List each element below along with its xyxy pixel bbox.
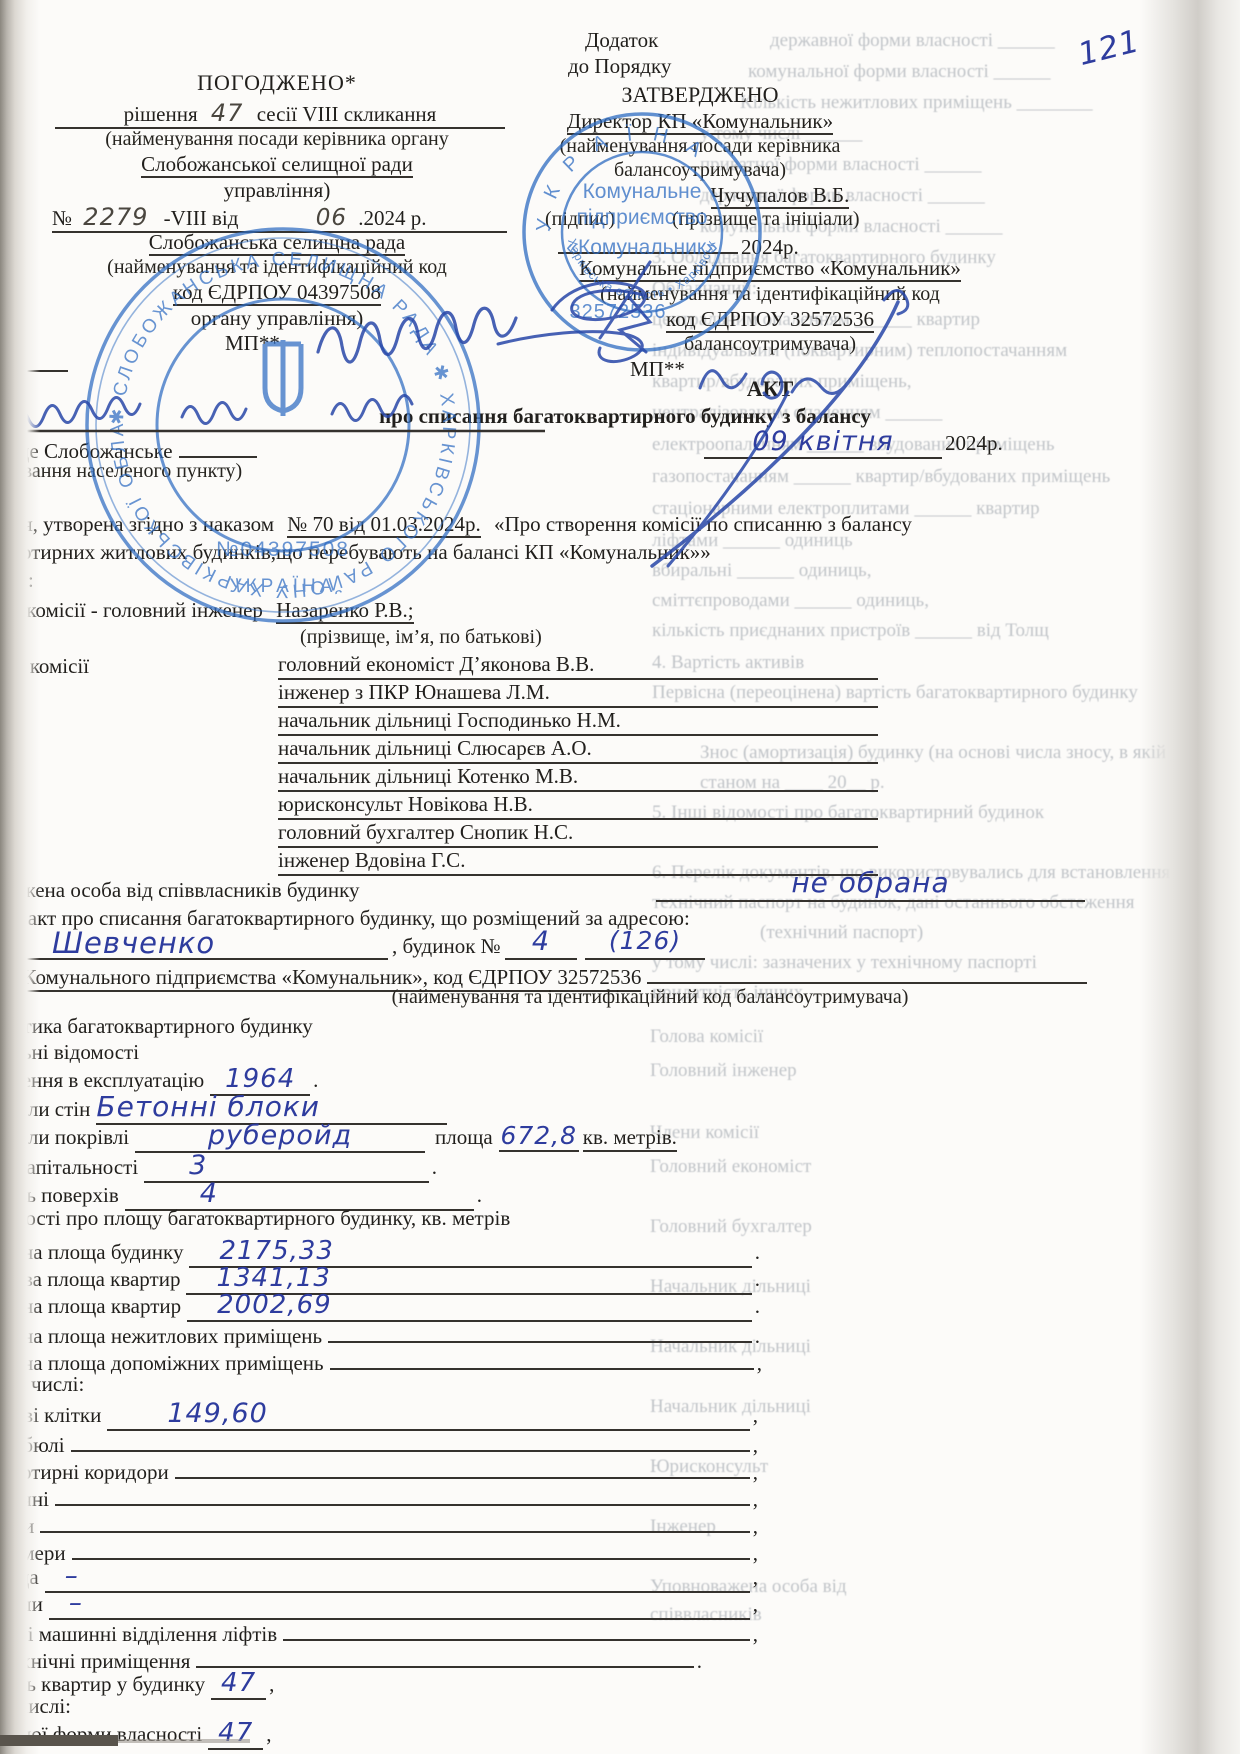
form-blank: 47: [211, 1668, 266, 1700]
director-caption1: (найменування посади керівника: [480, 135, 920, 158]
director-line: Директор КП «Комунальник»: [480, 109, 920, 134]
form-blank: [283, 1615, 750, 1641]
form-handwritten: 47: [218, 1718, 253, 1748]
annex-label: Додаток: [585, 28, 658, 53]
company-code: код ЄДРПОУ 32572536: [520, 307, 1020, 332]
authorized-blank: не обрана: [656, 866, 1085, 902]
commission-head-caption: (прізвище, ім’я, по батькові): [300, 626, 542, 649]
order-number: № 70 від 01.03.2024р.: [287, 512, 480, 538]
form-label: ища: [2, 1565, 39, 1590]
number-label: №: [52, 206, 72, 230]
street-blank: Шевченко: [2, 926, 388, 960]
form-label: дові клітки: [2, 1403, 101, 1428]
form-tail: ,: [753, 1403, 758, 1428]
date-handwritten: 09 квітня: [752, 426, 893, 457]
members-label: ни комісії: [2, 654, 89, 679]
scanned-document-page: державної форми власності ______ комунал…: [0, 0, 1240, 1754]
form-tail: ,: [753, 1565, 758, 1590]
commission-head-label: ва комісії - головний інженер: [2, 598, 263, 622]
decision-pre: рішення: [124, 102, 198, 126]
agreed-title: ПОГОДЖЕНО*: [37, 70, 517, 96]
member-row: начальник дільниці Слюсарєв А.О.: [278, 736, 878, 764]
form-tail: ,: [269, 1672, 274, 1697]
bottom-edge-dark-bar: [0, 1735, 118, 1746]
capital-label: а капітальності: [2, 1155, 138, 1180]
month-handwritten: 06: [316, 205, 347, 231]
form-tail: .: [697, 1649, 702, 1674]
roof-blank: руберойд: [135, 1120, 425, 1153]
council-name2-text: Слобожанська селищна рада: [149, 230, 406, 256]
form-handwritten: 47: [221, 1668, 256, 1698]
form-handwritten: 1341,13: [216, 1263, 331, 1293]
document-content: 121 Додаток до Порядку ЗАТВЕРДЖЕНО Дирек…: [0, 0, 1240, 1754]
house-blank: 4: [505, 926, 577, 960]
roof-handwritten: руберойд: [208, 1120, 352, 1151]
form-handwritten: 2002,69: [217, 1290, 332, 1320]
balance-blank: [647, 958, 1087, 984]
walls-label: ріали стін: [2, 1097, 90, 1122]
member-row: юрисконсульт Новікова Н.В.: [278, 792, 878, 820]
balance-pre: у: [2, 965, 13, 990]
area-title: омості про площу багатоквартирного будин…: [2, 1206, 510, 1231]
director-caption2: балансоутримувача): [480, 159, 920, 182]
form-blank: [40, 1507, 750, 1533]
head-caption1: (найменування посади керівника органу: [37, 128, 517, 151]
commission-head-line: ва комісії - головний інженер Назаренко …: [2, 598, 414, 623]
settlement-caption: нування населеного пункту): [2, 460, 242, 483]
authorized-value-line: не обрана: [650, 866, 1085, 902]
general-title: альні відомості: [2, 1040, 139, 1065]
company-line: Комунальне підприємство «Комунальник»: [520, 256, 1020, 281]
annex-label2: до Порядку: [568, 54, 671, 79]
authorized-label: важена особа від співвласників будинку: [2, 878, 359, 903]
member-row: начальник дільниці Господинько Н.М.: [278, 708, 878, 736]
capital-handwritten: 3: [189, 1150, 207, 1181]
house-number-handwritten: 4: [532, 926, 550, 957]
upravlinnya: управління): [37, 178, 517, 203]
session-number-handwritten: 47: [211, 99, 244, 127]
form-blank: [55, 1480, 750, 1506]
roof-label: ріали покрівлі: [2, 1125, 129, 1150]
member-row: начальник дільниці Котенко М.В.: [278, 764, 878, 792]
form-blank: [175, 1453, 750, 1479]
council-name1: Слобожанської селищної ради: [37, 152, 517, 177]
council-name1-text: Слобожанської селищної ради: [141, 152, 413, 178]
street-handwritten: Шевченко: [52, 926, 215, 960]
organ-line: органу управління): [37, 306, 517, 331]
decision-line: рішення 47 сесії VIII скликання: [55, 99, 505, 129]
floors-label: ість поверхів: [2, 1183, 119, 1208]
edrpou-left-text: код ЄДРПОУ 04397508: [173, 280, 381, 306]
form-tail: .: [755, 1294, 760, 1319]
form-blank: [328, 1317, 752, 1343]
roof-row: ріали покрівлі руберойд площа 672,8 кв. …: [2, 1120, 764, 1153]
date-line: 09 квітня 2024р.: [698, 426, 1028, 459]
form-tail: ,: [753, 1622, 758, 1647]
form-row: льна площа допоміжних приміщень,: [2, 1344, 762, 1376]
number-year: .2024 р.: [358, 206, 426, 230]
paragraph-line3: аді:: [2, 568, 34, 593]
act-subtitle: про списання багатоквартирного будинку з…: [0, 404, 1240, 429]
date-blank: 09 квітня: [704, 426, 942, 459]
form-blank: [71, 1426, 750, 1452]
form-row: у числі:: [2, 1694, 71, 1719]
form-blank: [196, 1642, 693, 1668]
mp-left: МП**: [225, 331, 280, 356]
company-text: Комунальне підприємство «Комунальник»: [579, 256, 961, 282]
date-year: 2024р.: [945, 431, 1003, 456]
form-tail: ,: [266, 1722, 271, 1747]
paragraph-line1-pre: ісія, утворена згідно з наказом: [2, 512, 274, 536]
form-handwritten: –: [65, 1561, 79, 1591]
company-code-text: код ЄДРПОУ 32572536: [666, 307, 874, 333]
form-handwritten: 149,60: [167, 1398, 267, 1429]
floors-tail: .: [477, 1183, 482, 1208]
director-name-text: Чучупалов В.Б.: [711, 183, 850, 209]
form-label: вали: [2, 1592, 43, 1617]
member-row: головний бухгалтер Снопик Н.С.: [278, 820, 878, 848]
director-name: Чучупалов В.Б.: [560, 183, 1000, 208]
company-caption1: (найменування та ідентифікаційний код: [520, 283, 1020, 306]
form-tail: .: [755, 1267, 760, 1292]
paragraph-line1: ісія, утворена згідно з наказом № 70 від…: [2, 512, 912, 537]
house-extra-blank: (126): [585, 926, 705, 960]
act-title: АКТ: [300, 376, 1240, 402]
roof-area-label: площа: [435, 1125, 493, 1150]
form-label: льна площа будинку: [2, 1240, 183, 1265]
director-text: Директор КП «Комунальник»: [567, 109, 833, 135]
form-tail: ,: [753, 1592, 758, 1617]
form-blank: [72, 1534, 750, 1560]
settlement-blank: [179, 432, 257, 458]
roof-area-blank: 672,8: [499, 1121, 579, 1152]
balance-caption: (найменування та ідентифікаційний код ба…: [200, 986, 1100, 1009]
form-label: лова площа квартир: [2, 1267, 180, 1292]
paragraph-line1-post: «Про створення комісії по списанню з бал…: [494, 512, 912, 536]
head-caption2: (найменування та ідентифікаційний код: [37, 256, 517, 279]
form-row: му числі:: [2, 1372, 84, 1397]
roof-units: кв. метрів.: [583, 1125, 677, 1152]
form-blank: [330, 1344, 754, 1370]
member-row: головний економіст Д’яконова В.В.: [278, 652, 878, 680]
number-line: № 2279 -VIII від 06 .2024 р.: [52, 203, 507, 233]
page-number-handwritten: 121: [1075, 23, 1144, 73]
year-blank: [558, 228, 738, 254]
council-name2: Слобожанська селищна рада: [37, 230, 517, 255]
edrpou-left: код ЄДРПОУ 04397508: [37, 280, 517, 305]
floors-handwritten: 4: [200, 1178, 218, 1209]
capital-tail: .: [432, 1155, 437, 1180]
form-handwritten: 2175,33: [219, 1236, 334, 1266]
company-caption2: балансоутримувача): [520, 333, 1020, 356]
house-extra-handwritten: (126): [609, 926, 681, 955]
paragraph-line2: вартирних житлових будинків,що перебуваю…: [2, 540, 711, 565]
member-row: інженер з ПКР Юнашева Л.М.: [278, 680, 878, 708]
approved-title: ЗАТВЕРДЖЕНО: [480, 82, 920, 108]
number-mid: -VIII від: [164, 206, 239, 230]
form-label: льна площа квартир: [2, 1294, 181, 1319]
roof-area-handwritten: 672,8: [500, 1121, 577, 1150]
form-tail: ,: [757, 1351, 762, 1376]
form-blank: 47: [208, 1718, 263, 1750]
number-handwritten: 2279: [83, 203, 148, 231]
house-label: , будинок №: [392, 934, 501, 959]
commission-head-name: Назаренко Р.В.;: [276, 598, 413, 624]
authorized-handwritten: не обрана: [791, 866, 949, 899]
walls-handwritten: Бетонні блоки: [96, 1090, 320, 1123]
characteristics-title: истика багатоквартирного будинку: [2, 1014, 313, 1039]
form-handwritten: –: [69, 1588, 83, 1618]
decision-post: сесії VIII скликання: [257, 102, 437, 126]
form-tail: .: [755, 1240, 760, 1265]
